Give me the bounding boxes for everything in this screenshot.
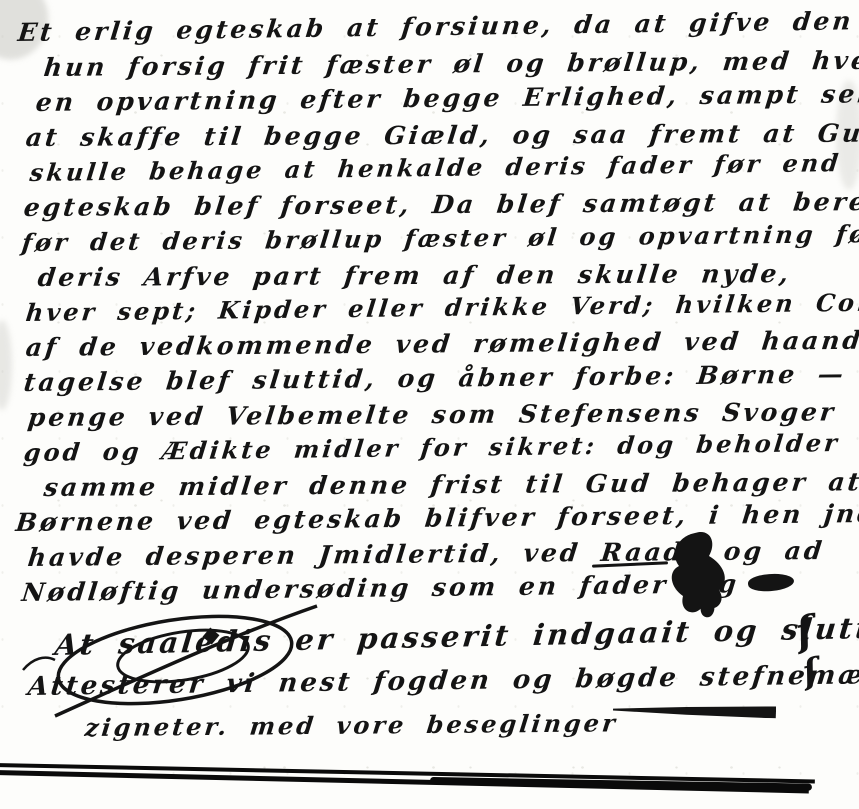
manuscript-line: tagelse blef sluttid, og åbner forbe: Bø… — [22, 356, 859, 400]
manuscript-line: en opvartning efter begge Erlighed, samp… — [34, 76, 859, 120]
manuscript-page: Et erlig egteskab at forsiune, da at gif… — [0, 0, 859, 809]
opening-flourish — [15, 598, 335, 728]
ink-blot — [665, 528, 737, 620]
manuscript-line: før det deris brøllup fæster øl og opvar… — [20, 216, 859, 260]
